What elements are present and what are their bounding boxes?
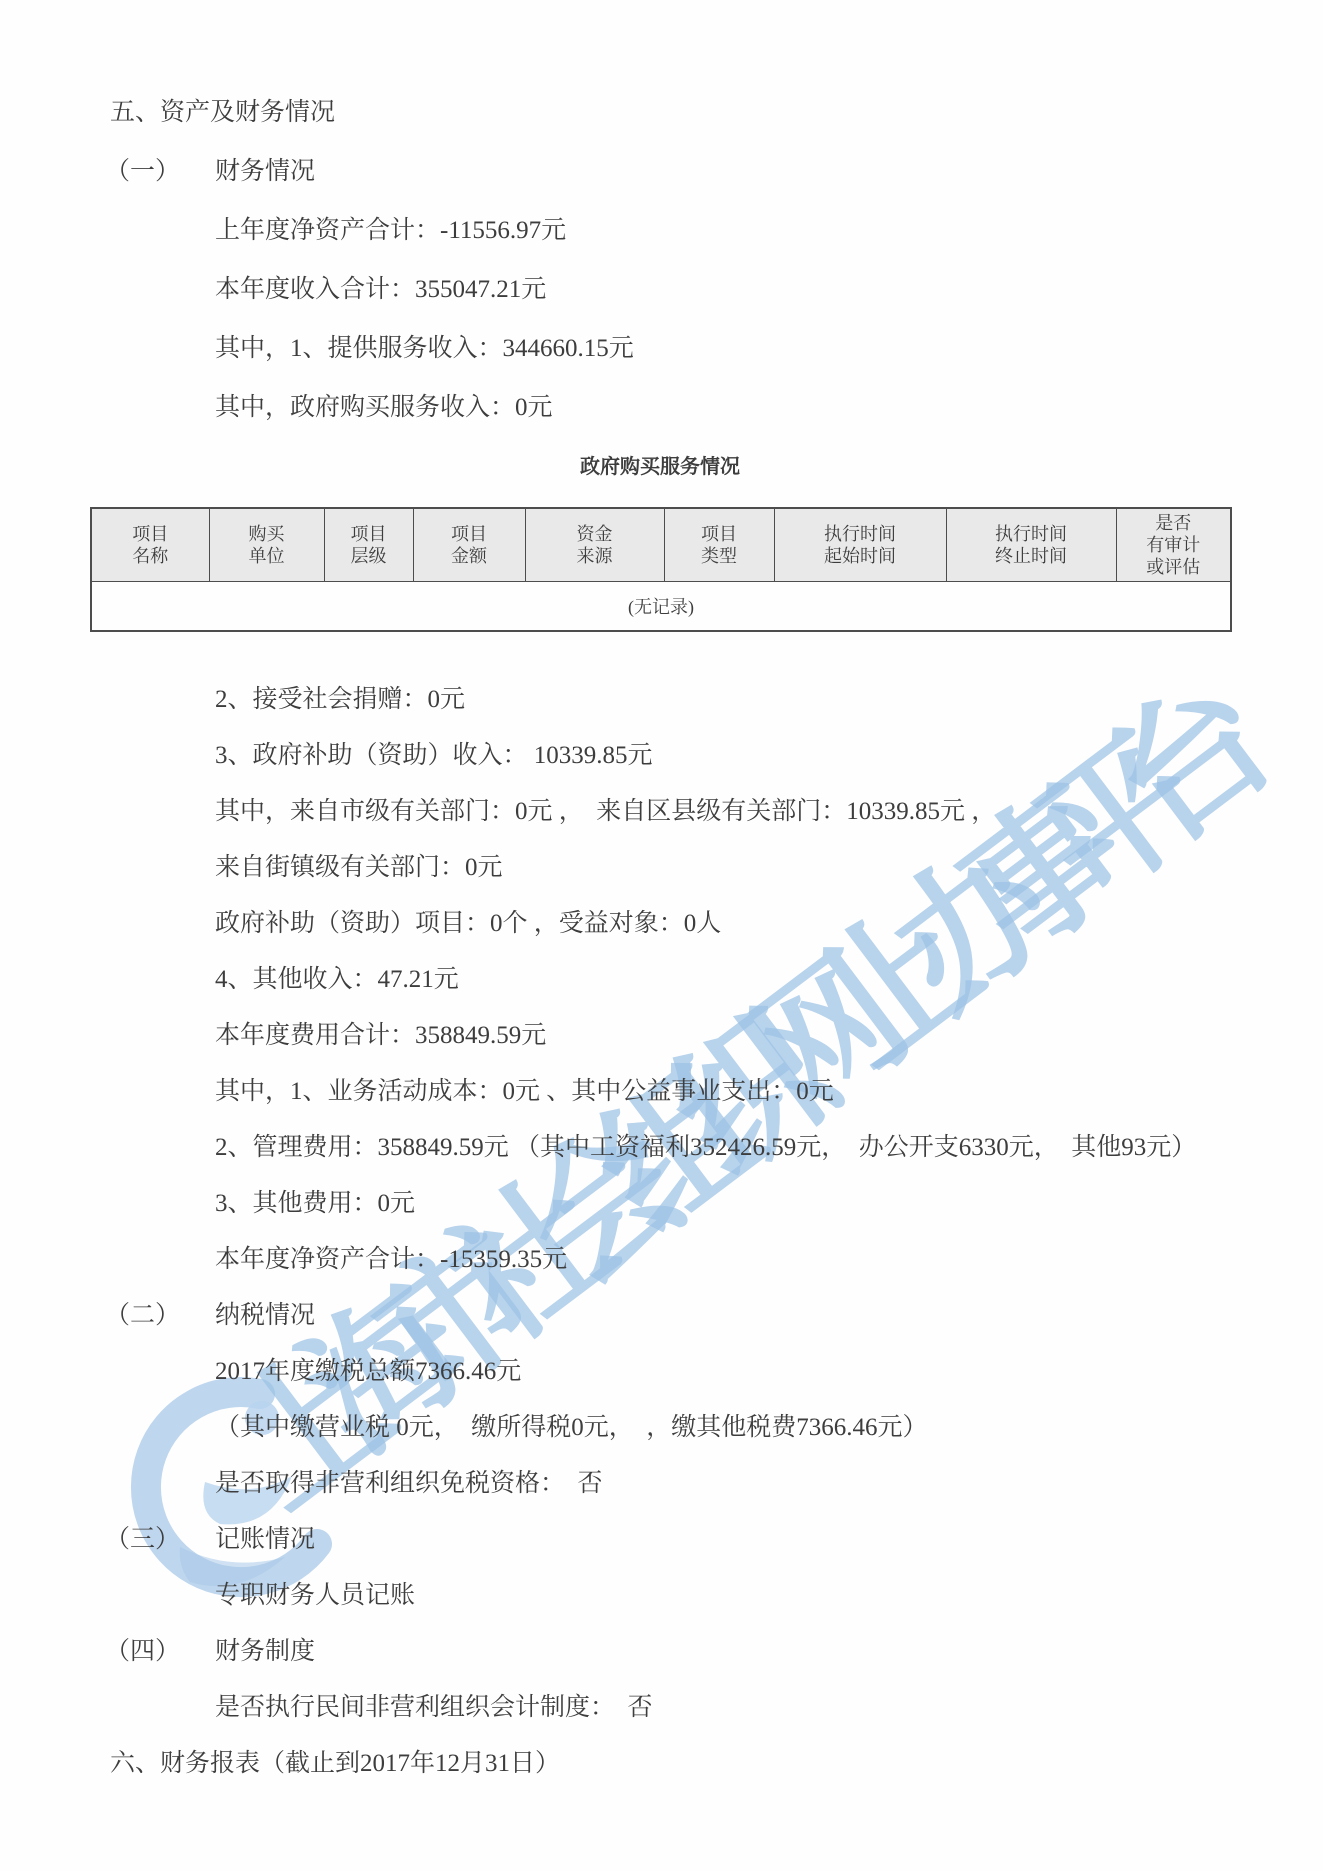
line-bookkeeping: 专职财务人员记账 (215, 1583, 1323, 1609)
line-prev-year-net-assets: 上年度净资产合计：-11556.97元 (215, 218, 1323, 244)
col-header-audit-or-eval: 是否 有审计 或评估 (1116, 508, 1231, 582)
section5-4-title: 财务制度 (215, 1639, 315, 1665)
col-header-exec-start-time: 执行时间 起始时间 (774, 508, 946, 582)
line-subsidy-street-level: 来自街镇级有关部门：0元 (215, 855, 1323, 881)
section5-2-heading: （二） 纳税情况 (105, 1303, 1323, 1329)
table-empty-row: (无记录) (91, 582, 1231, 632)
gov-purchase-table: 项目 名称 购买 单位 项目 层级 项目 金额 (90, 507, 1232, 632)
section5-title: 五、资产及财务情况 (110, 100, 1323, 126)
line-social-donation: 2、接受社会捐赠：0元 (215, 687, 1323, 713)
line-tax-total-2017: 2017年度缴税总额7366.46元 (215, 1359, 1323, 1385)
line-subsidy-projects-beneficiaries: 政府补助（资助）项目：0个 ，受益对象：0人 (215, 911, 1323, 937)
line-service-income: 其中，1、提供服务收入：344660.15元 (215, 336, 1323, 362)
col-header-project-name: 项目 名称 (91, 508, 209, 582)
col-header-fund-source: 资金 来源 (525, 508, 664, 582)
section5-4-label: （四） (105, 1639, 215, 1665)
section6-title: 六、财务报表（截止到2017年12月31日） (110, 1751, 1323, 1777)
line-gov-subsidy-income: 3、政府补助（资助）收入： 10339.85元 (215, 743, 1323, 769)
document-content: 五、资产及财务情况 （一） 财务情况 上年度净资产合计：-11556.97元 本… (0, 0, 1323, 1777)
line-subsidy-by-level: 其中，来自市级有关部门：0元 ， 来自区县级有关部门：10339.85元 ， (215, 799, 1323, 825)
col-header-project-amount: 项目 金额 (413, 508, 525, 582)
col-header-exec-end-time: 执行时间 终止时间 (946, 508, 1116, 582)
line-other-income: 4、其他收入：47.21元 (215, 967, 1323, 993)
section5-1-heading: （一） 财务情况 (105, 159, 1323, 185)
line-gov-purchase-income: 其中，政府购买服务收入：0元 (215, 395, 1323, 421)
section5-3-label: （三） (105, 1527, 215, 1553)
table-header-row: 项目 名称 购买 单位 项目 层级 项目 金额 (91, 508, 1231, 582)
section5-3-heading: （三） 记账情况 (105, 1527, 1323, 1553)
section5-3-title: 记账情况 (215, 1527, 315, 1553)
section5-1-title: 财务情况 (215, 159, 315, 185)
line-management-expense: 2、管理费用：358849.59元 （其中工资福利352426.59元， 办公开… (215, 1135, 1323, 1161)
col-header-project-type: 项目 类型 (664, 508, 774, 582)
line-activity-cost: 其中，1、业务活动成本：0元 、其中公益事业支出：0元 (215, 1079, 1323, 1105)
col-header-project-level: 项目 层级 (324, 508, 413, 582)
section5-2-title: 纳税情况 (215, 1303, 315, 1329)
section5-2-label: （二） (105, 1303, 215, 1329)
document-page: 上海市社会组织网上办事平台 五、资产及财务情况 （一） 财务情况 上年度净资产合… (0, 0, 1323, 1871)
line-current-year-net-assets: 本年度净资产合计：-15359.35元 (215, 1247, 1323, 1273)
section5-4-heading: （四） 财务制度 (105, 1639, 1323, 1665)
table-empty-cell: (无记录) (91, 582, 1231, 632)
gov-purchase-table-title: 政府购买服务情况 (90, 454, 1230, 507)
line-current-year-expense-total: 本年度费用合计：358849.59元 (215, 1023, 1323, 1049)
line-accounting-system: 是否执行民间非营利组织会计制度： 否 (215, 1695, 1323, 1721)
section5-1-label: （一） (105, 159, 215, 185)
section5-1-continued: 2、接受社会捐赠：0元 3、政府补助（资助）收入： 10339.85元 其中，来… (0, 687, 1323, 1777)
col-header-purchase-unit: 购买 单位 (209, 508, 324, 582)
line-current-year-income-total: 本年度收入合计：355047.21元 (215, 277, 1323, 303)
line-tax-exempt-status: 是否取得非营利组织免税资格： 否 (215, 1471, 1323, 1497)
line-other-expense: 3、其他费用：0元 (215, 1191, 1323, 1217)
line-tax-breakdown: （其中缴营业税 0元， 缴所得税0元， ，缴其他税费7366.46元） (215, 1415, 1323, 1441)
